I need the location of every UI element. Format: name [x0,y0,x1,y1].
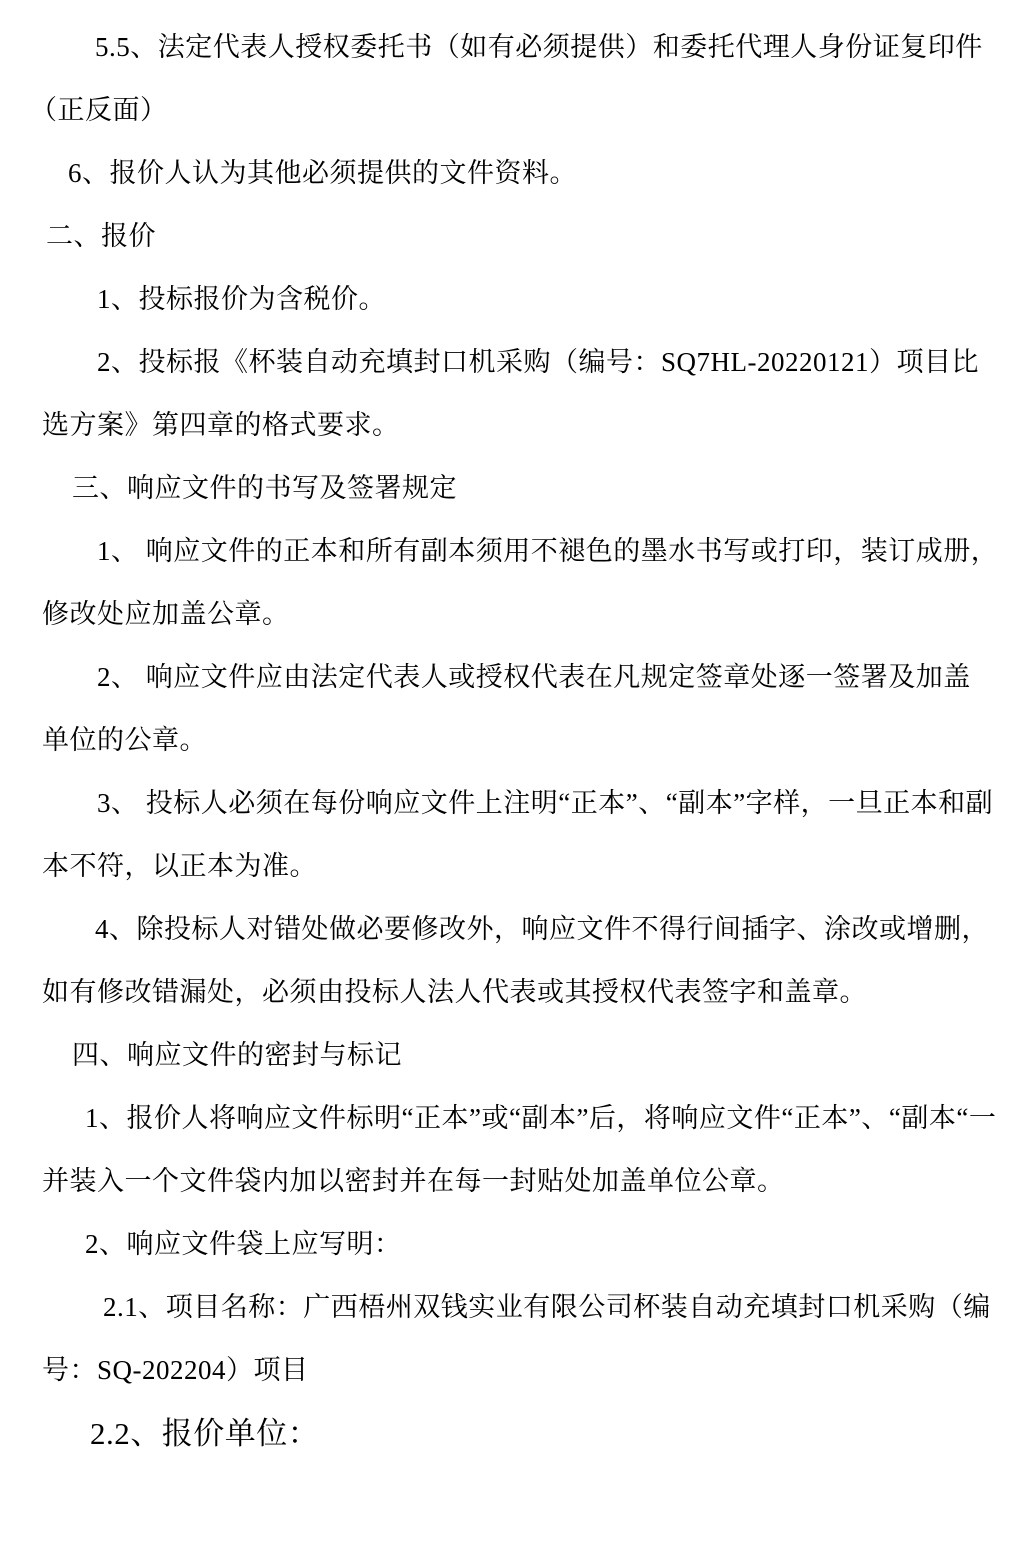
text-line-quoting-unit: 2.2、报价单位： [0,1402,1024,1465]
text-line-authorization-letter: 5.5、法定代表人授权委托书（如有必须提供）和委托代理人身份证复印件 [0,16,1024,79]
text-line-envelope-should-state: 2、响应文件袋上应写明： [0,1213,1024,1276]
text-line-project-name: 2.1、项目名称：广西梧州双钱实业有限公司杯装自动充填封口机采购（编 [0,1276,1024,1339]
text-line-other-documents: 6、报价人认为其他必须提供的文件资料。 [0,142,1024,205]
text-line-no-insertions: 4、除投标人对错处做必要修改外，响应文件不得行间插字、涂改或增删， [0,898,1024,961]
text-line-original-copy-marking: 3、 投标人必须在每份响应文件上注明“正本”、“副本”字样，一旦正本和副 [0,772,1024,835]
text-line-original-prevails: 本不符，以正本为准。 [0,835,1024,898]
text-line-ink-writing: 1、 响应文件的正本和所有副本须用不褪色的墨水书写或打印，装订成册， [0,520,1024,583]
section-heading-sealing-marking: 四、响应文件的密封与标记 [0,1024,1024,1087]
text-line-project-number: 号：SQ-202204）项目 [0,1339,1024,1402]
text-line-tax-included: 1、投标报价为含税价。 [0,268,1024,331]
text-line-corrections-signed: 如有修改错漏处，必须由投标人法人代表或其授权代表签字和盖章。 [0,961,1024,1024]
text-line-bid-project-number: 2、投标报《杯装自动充填封口机采购（编号：SQ7HL-20220121）项目比 [0,331,1024,394]
text-line-mark-original-copy: 1、报价人将响应文件标明“正本”或“副本”后，将响应文件“正本”、“副本“一 [0,1087,1024,1150]
text-line-chapter-four-format: 选方案》第四章的格式要求。 [0,394,1024,457]
text-line-representative-signing: 2、 响应文件应由法定代表人或授权代表在凡规定签章处逐一签署及加盖 [0,646,1024,709]
text-line-seal-on-changes: 修改处应加盖公章。 [0,583,1024,646]
document-page: 5.5、法定代表人授权委托书（如有必须提供）和委托代理人身份证复印件 （正反面）… [0,0,1024,1544]
section-heading-writing-signing: 三、响应文件的书写及签署规定 [0,457,1024,520]
section-heading-quotation: 二、报价 [0,205,1024,268]
text-line-both-sides: （正反面） [0,79,1024,142]
text-line-unit-seal: 单位的公章。 [0,709,1024,772]
text-line-sealed-envelope: 并装入一个文件袋内加以密封并在每一封贴处加盖单位公章。 [0,1150,1024,1213]
